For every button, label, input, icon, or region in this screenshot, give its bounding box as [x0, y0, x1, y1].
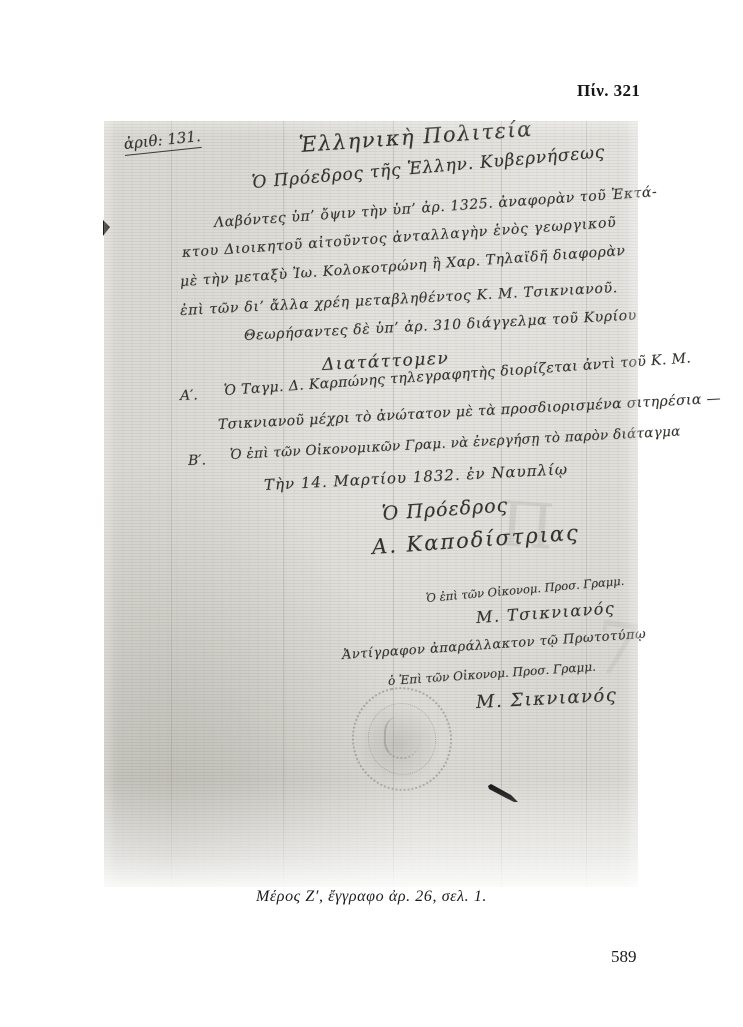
manuscript-line: Ὁ Ταγμ. Δ. Καρπώνης τηλεγραφητὴς διορίζε… — [223, 350, 691, 399]
clause-marker-b: Β′. — [188, 452, 206, 469]
manuscript-line: Θεωρήσαντες δὲ ὑπ’ ἀρ. 310 διάγγελμα τοῦ… — [244, 307, 638, 344]
secretary-title-copy: ὁ Ἐπὶ τῶν Οἰκονομ. Προσ. Γραμμ. — [388, 659, 597, 687]
secretary-signature: Μ. Τσικνιανός — [475, 598, 616, 627]
edge-artifact — [103, 220, 110, 236]
plate-number: Πίν. 321 — [577, 81, 640, 101]
clause-marker-a: Α′. — [180, 387, 198, 404]
figure-caption: Μέρος Ζ′, ἔγγραφο ἀρ. 26, σελ. 1. — [0, 888, 743, 906]
date-line: Τὴν 14. Μαρτίου 1832. ἐν Ναυπλίῳ — [264, 460, 569, 494]
protocol-number: ἀριθ: 131. — [123, 127, 202, 156]
paper-fold-line — [171, 121, 172, 887]
page-number: 589 — [611, 947, 637, 967]
circular-ink-stamp — [342, 678, 461, 801]
president-title: Ὁ Πρόεδρος — [381, 494, 509, 525]
manuscript-line: Ὁ ἐπὶ τῶν Οἰκονομικῶν Γραμ. νὰ ἐνεργήσῃ … — [230, 423, 681, 463]
paper-fold-line — [586, 121, 587, 887]
pen-slash-icon — [487, 783, 523, 807]
copy-certification-line: Ἀντίγραφον ἀπαράλλακτον τῷ Πρωτοτύπῳ — [341, 627, 646, 663]
book-page: Πίν. 321 ἀριθ: 131. Ἑλληνικὴ Πολιτεία Ὁ … — [0, 0, 743, 1027]
pen-slash-mark — [487, 783, 523, 807]
paper-fold-line — [283, 121, 284, 887]
manuscript-scan: ἀριθ: 131. Ἑλληνικὴ Πολιτεία Ὁ Πρόεδρος … — [104, 121, 638, 887]
president-signature: Α. Καποδίστριας — [371, 521, 580, 559]
secretary-signature-copy: Μ. Σικνιανός — [475, 685, 617, 713]
